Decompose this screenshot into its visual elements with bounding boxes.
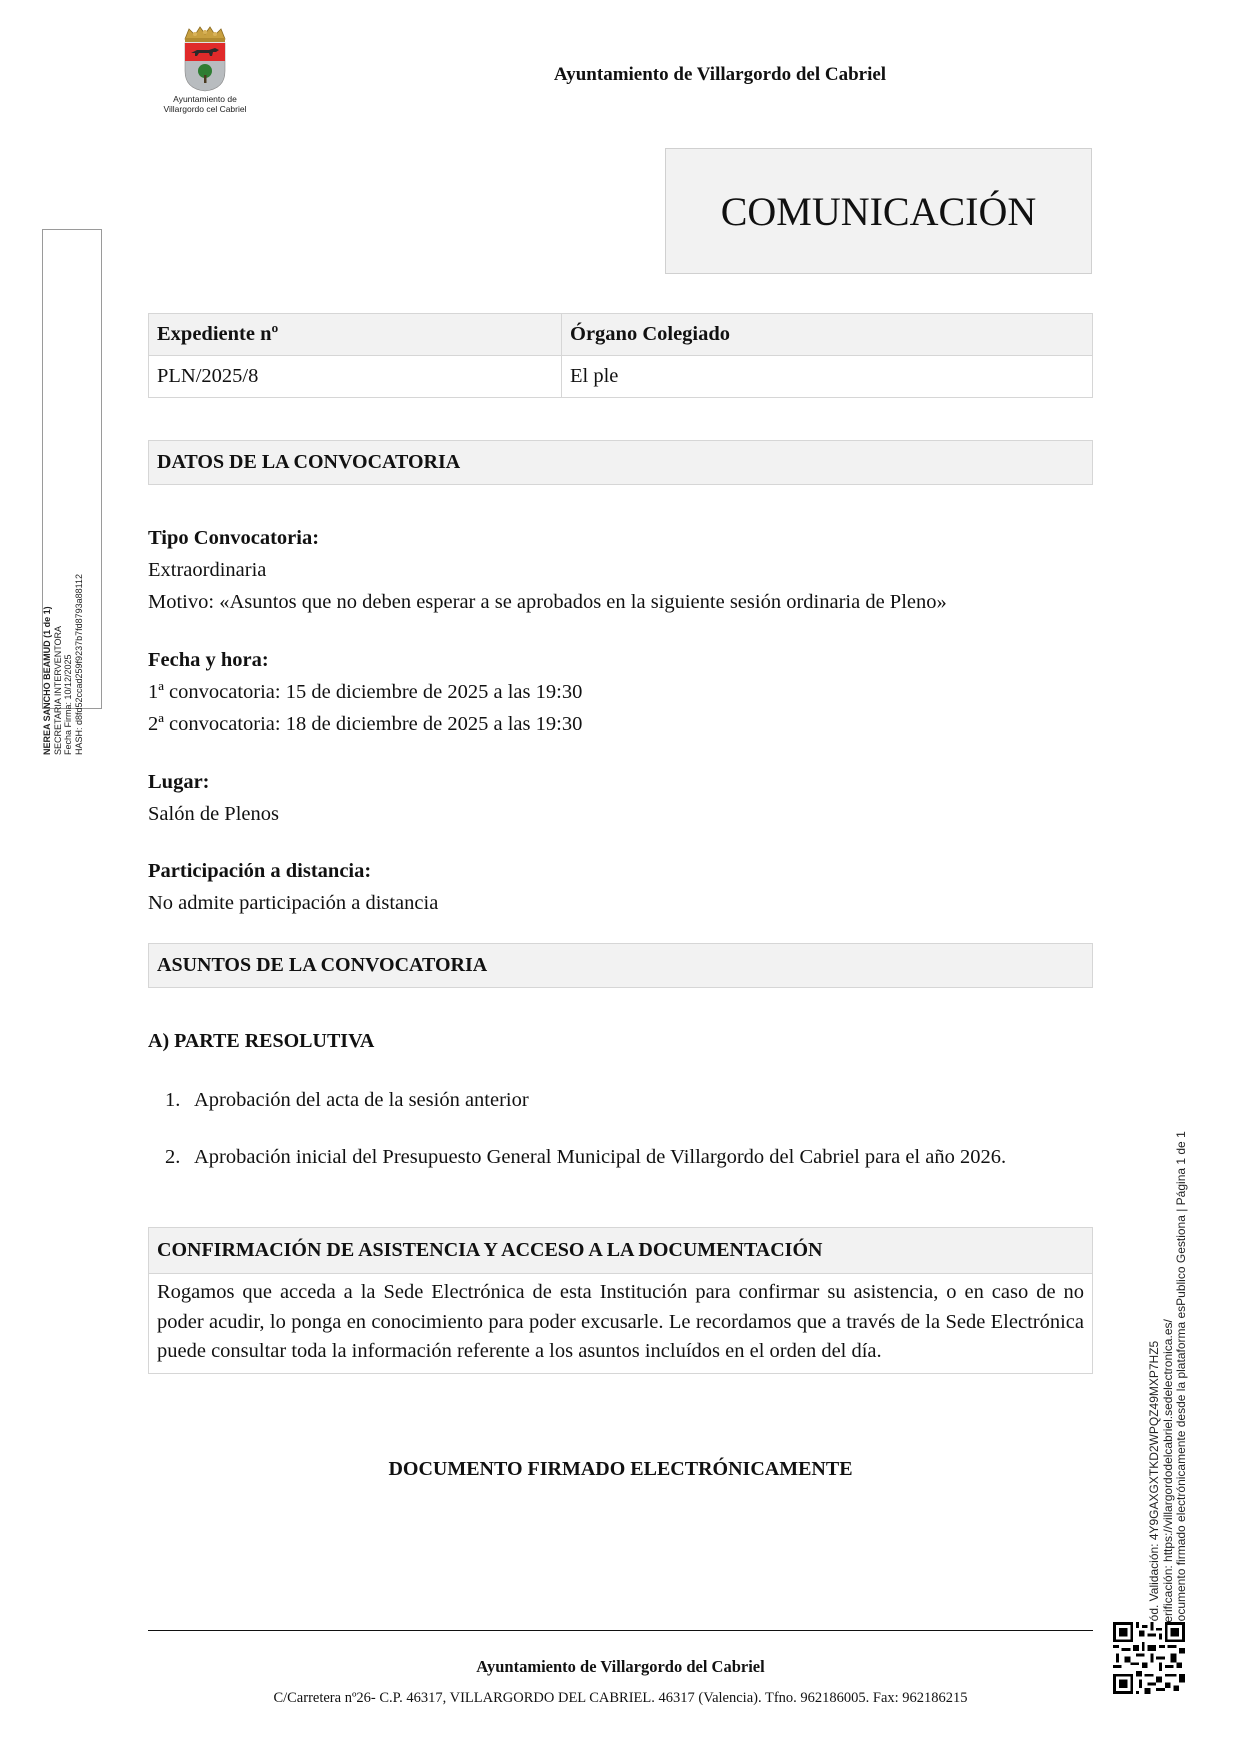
footer-divider [148,1630,1093,1631]
signed-electronically-label: DOCUMENTO FIRMADO ELECTRÓNICAMENTE [148,1458,1093,1481]
logo-caption: Ayuntamiento de Villargordo cel Cabriel [150,94,260,114]
signer-role: SECRETARIA INTERVENTORA [53,535,64,755]
asuntos-section-header: ASUNTOS DE LA CONVOCATORIA [148,943,1093,988]
municipal-logo: Ayuntamiento de Villargordo cel Cabriel [150,25,260,125]
asuntos-list: 1. Aprobación del acta de la sesión ante… [148,1085,1093,1173]
list-item: 2. Aprobación inicial del Presupuesto Ge… [148,1142,1093,1173]
table-header-organo: Órgano Colegiado [562,314,1093,356]
table-row: PLN/2025/8 El ple [149,356,1093,398]
signature-stamp-text: NEREA SANCHO BEAMUD (1 de 1) SECRETARIA … [42,535,102,755]
confirmacion-header: CONFIRMACIÓN DE ASISTENCIA Y ACCESO A LA… [149,1228,1092,1274]
tipo-label: Tipo Convocatoria: [148,522,1093,554]
signature-date: Fecha Firma: 10/12/2025 [63,535,74,755]
validation-code: Cód. Validación: 4Y9GAXGXTKD2WPQZ49MXP7H… [1148,1090,1162,1630]
expediente-value: PLN/2025/8 [149,356,562,398]
footer-address: C/Carretera nº26- C.P. 46317, VILLARGORD… [148,1690,1093,1707]
parte-resolutiva-heading: A) PARTE RESOLUTIVA [148,1030,1093,1053]
signature-stamp: NEREA SANCHO BEAMUD (1 de 1) SECRETARIA … [42,229,102,709]
logo-caption-line1: Ayuntamiento de [150,94,260,104]
table-header-row: Expediente nº Órgano Colegiado [149,314,1093,356]
confirmacion-body: Rogamos que acceda a la Sede Electrónica… [149,1274,1092,1373]
item-number: 1. [165,1085,180,1116]
organo-value: El ple [562,356,1093,398]
lugar-value: Salón de Plenos [148,798,1093,830]
document-type-label: COMUNICACIÓN [721,188,1037,235]
primera-convocatoria: 1ª convocatoria: 15 de diciembre de 2025… [148,676,1093,708]
qr-code-icon[interactable] [1113,1622,1185,1694]
lugar-field: Lugar: Salón de Plenos [148,766,1093,830]
logo-caption-line2: Villargordo cel Cabriel [150,104,260,114]
expediente-table: Expediente nº Órgano Colegiado PLN/2025/… [148,313,1093,398]
footer-institution-name: Ayuntamiento de Villargordo del Cabriel [148,1657,1093,1677]
platform-notice: Documento firmado electrónicamente desde… [1175,1090,1189,1630]
motivo-text: Motivo: «Asuntos que no deben esperar a … [148,586,1093,618]
item-text: Aprobación inicial del Presupuesto Gener… [194,1146,1006,1168]
fecha-hora-field: Fecha y hora: 1ª convocatoria: 15 de dic… [148,644,1093,740]
tipo-convocatoria-field: Tipo Convocatoria: Extraordinaria Motivo… [148,522,1093,618]
list-item: 1. Aprobación del acta de la sesión ante… [148,1085,1093,1116]
datos-section-header: DATOS DE LA CONVOCATORIA [148,440,1093,485]
participacion-field: Participación a distancia: No admite par… [148,855,1093,919]
signature-hash: HASH: d8fd52ccad259f9237b7fd8793a88112 [74,535,85,755]
table-header-expediente: Expediente nº [149,314,562,356]
item-text: Aprobación del acta de la sesión anterio… [194,1089,529,1111]
item-number: 2. [165,1142,180,1173]
participacion-value: No admite participación a distancia [148,887,1093,919]
asuntos-section-title: ASUNTOS DE LA CONVOCATORIA [157,954,487,977]
confirmacion-title: CONFIRMACIÓN DE ASISTENCIA Y ACCESO A LA… [157,1239,822,1262]
segunda-convocatoria: 2ª convocatoria: 18 de diciembre de 2025… [148,708,1093,740]
fecha-label: Fecha y hora: [148,644,1093,676]
lugar-label: Lugar: [148,766,1093,798]
signer-name: NEREA SANCHO BEAMUD (1 de 1) [42,535,53,755]
tipo-value: Extraordinaria [148,554,1093,586]
verification-text: Cód. Validación: 4Y9GAXGXTKD2WPQZ49MXP7H… [1148,1090,1192,1630]
verification-url[interactable]: Verificación: https://villargordodelcabr… [1162,1090,1176,1630]
document-type-title: COMUNICACIÓN [665,148,1092,274]
datos-section-title: DATOS DE LA CONVOCATORIA [157,451,460,474]
confirmacion-box: CONFIRMACIÓN DE ASISTENCIA Y ACCESO A LA… [148,1227,1093,1374]
header-institution-name: Ayuntamiento de Villargordo del Cabriel [520,64,920,86]
coat-of-arms-icon [179,25,231,93]
participacion-label: Participación a distancia: [148,855,1093,887]
